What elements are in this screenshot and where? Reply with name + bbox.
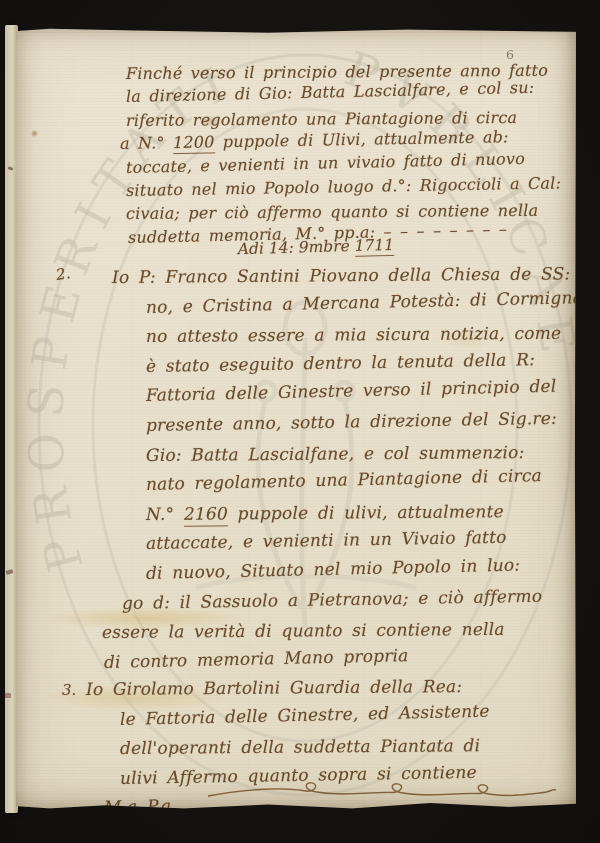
text-segment: ulivi Affermo quanto sopra si contiene [120,763,477,789]
text-segment: M.a P.a [104,797,172,810]
text-segment: nato regolamento una Piantagione di circ… [146,466,542,495]
text-segment: attaccate, e venienti in un Vivaio fatto [146,528,507,554]
text-segment: essere la verità di quanto si contiene n… [102,620,505,643]
underlined-number: 2160 [184,504,228,526]
text-segment: di nuovo, Situato nel mio Popolo in luo: [146,555,521,583]
text-segment: è stato eseguito dentro la tenuta della … [146,350,535,377]
text-segment: no, e Cristina a Mercana Potestà: di Cor… [146,288,576,318]
underlined-number: 1200 [173,133,215,155]
text-segment: no attesto essere a mia sicura notizia, … [146,324,561,347]
text-segment: Gio: Batta Lascialfane, e col summenzio: [146,443,525,466]
manuscript-line: presente anno, sotto la direzione del Si… [146,404,576,441]
text-segment: go d: il Sassuolo a Pietranova; e ciò af… [122,586,543,613]
date-year-underlined: 1711 [354,236,394,257]
ink-mark [5,693,11,698]
text-segment: presente anno, sotto la direzione del Si… [146,409,557,436]
text-segment: Io Girolamo Bartolini Guardia della Rea: [86,677,462,700]
text-segment: situato nel mio Popolo luogo d.°: Rigocc… [126,173,561,200]
paragraph-1: Finché verso il principio del presente a… [126,62,576,249]
margin-number-3: 3. [62,681,76,699]
text-segment: a N.° [120,133,173,153]
ink-mark [8,166,14,171]
ink-mark [6,569,14,575]
margin-number-2: 2. [55,264,72,284]
paragraph-2: Io P: Franco Santini Piovano della Chies… [100,264,576,678]
manuscript-page: PROSPERITATI PVBLICAE 6 Finché verso il … [16,28,576,810]
text-segment: dell'operanti della suddetta Piantata di [120,736,480,759]
date-text: Adi 14: 9mbre [238,237,355,258]
text-segment: N.° [146,504,184,524]
photo-backdrop: PROSPERITATI PVBLICAE 6 Finché verso il … [0,0,600,843]
text-segment: le Fattoria delle Ginestre, ed Assistent… [120,701,490,729]
foxing-spot [31,130,38,137]
text-segment: puppole di ulivi, attualmente [228,502,504,524]
paragraph-3: Io Girolamo Bartolini Guardia della Rea:… [86,676,576,810]
text-segment: di contro memoria Mano propria [104,646,409,673]
text-segment: Fattoria delle Ginestre verso il princip… [146,377,557,406]
text-segment: Io P: Franco Santini Piovano della Chies… [112,264,576,288]
